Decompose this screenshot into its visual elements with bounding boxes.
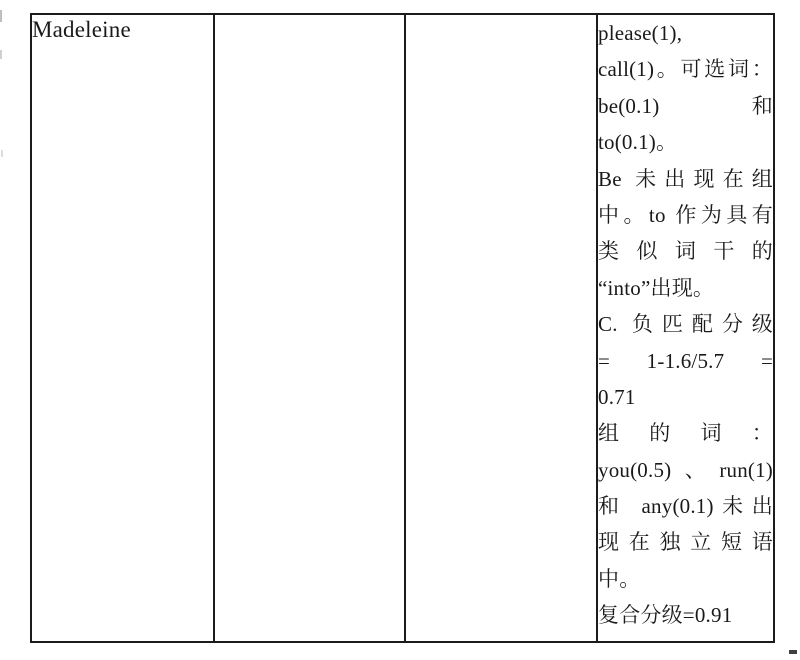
analysis-text-line: 类似词干的 [598, 233, 773, 269]
entry-name-text: Madeleine [32, 17, 131, 42]
analysis-text-line: you(0.5)、run(1) [598, 452, 773, 488]
scan-artifact [1, 150, 3, 157]
analysis-text-line: call(1)。可选词： [598, 51, 773, 87]
analysis-text-line: 和 any(0.1)未出 [598, 488, 773, 524]
scan-artifact [789, 650, 797, 654]
analysis-text-line: Be 未出现在组 [598, 161, 773, 197]
analysis-text-line: 组的词： [598, 415, 773, 451]
analysis-text-line: 现在独立短语 [598, 524, 773, 560]
document-page: Madeleine please(1),call(1)。可选词：be(0.1) … [0, 0, 800, 660]
analysis-text-line: to(0.1)。 [598, 124, 773, 160]
analysis-text-line: “into”出现。 [598, 270, 773, 306]
analysis-text-line: 复合分级=0.91 [598, 597, 773, 633]
table-row: Madeleine please(1),call(1)。可选词：be(0.1) … [31, 14, 774, 642]
analysis-text-line: 中。to 作为具有 [598, 197, 773, 233]
analysis-lines: please(1),call(1)。可选词：be(0.1) 和to(0.1)。B… [598, 15, 773, 634]
scan-artifact [0, 50, 2, 59]
analysis-text-line: 0.71 [598, 379, 773, 415]
analysis-text-line: be(0.1) 和 [598, 88, 773, 124]
cell-analysis: please(1),call(1)。可选词：be(0.1) 和to(0.1)。B… [597, 14, 774, 642]
analysis-text-line: 中。 [598, 561, 773, 597]
patent-table: Madeleine please(1),call(1)。可选词：be(0.1) … [30, 13, 775, 643]
analysis-text-line: C. 负匹配分级 [598, 306, 773, 342]
scan-artifact [0, 10, 2, 22]
analysis-text-line: please(1), [598, 15, 773, 51]
analysis-text-line: = 1-1.6/5.7 = [598, 343, 773, 379]
cell-empty-1 [214, 14, 405, 642]
cell-empty-2 [405, 14, 597, 642]
cell-entry-name: Madeleine [31, 14, 214, 642]
